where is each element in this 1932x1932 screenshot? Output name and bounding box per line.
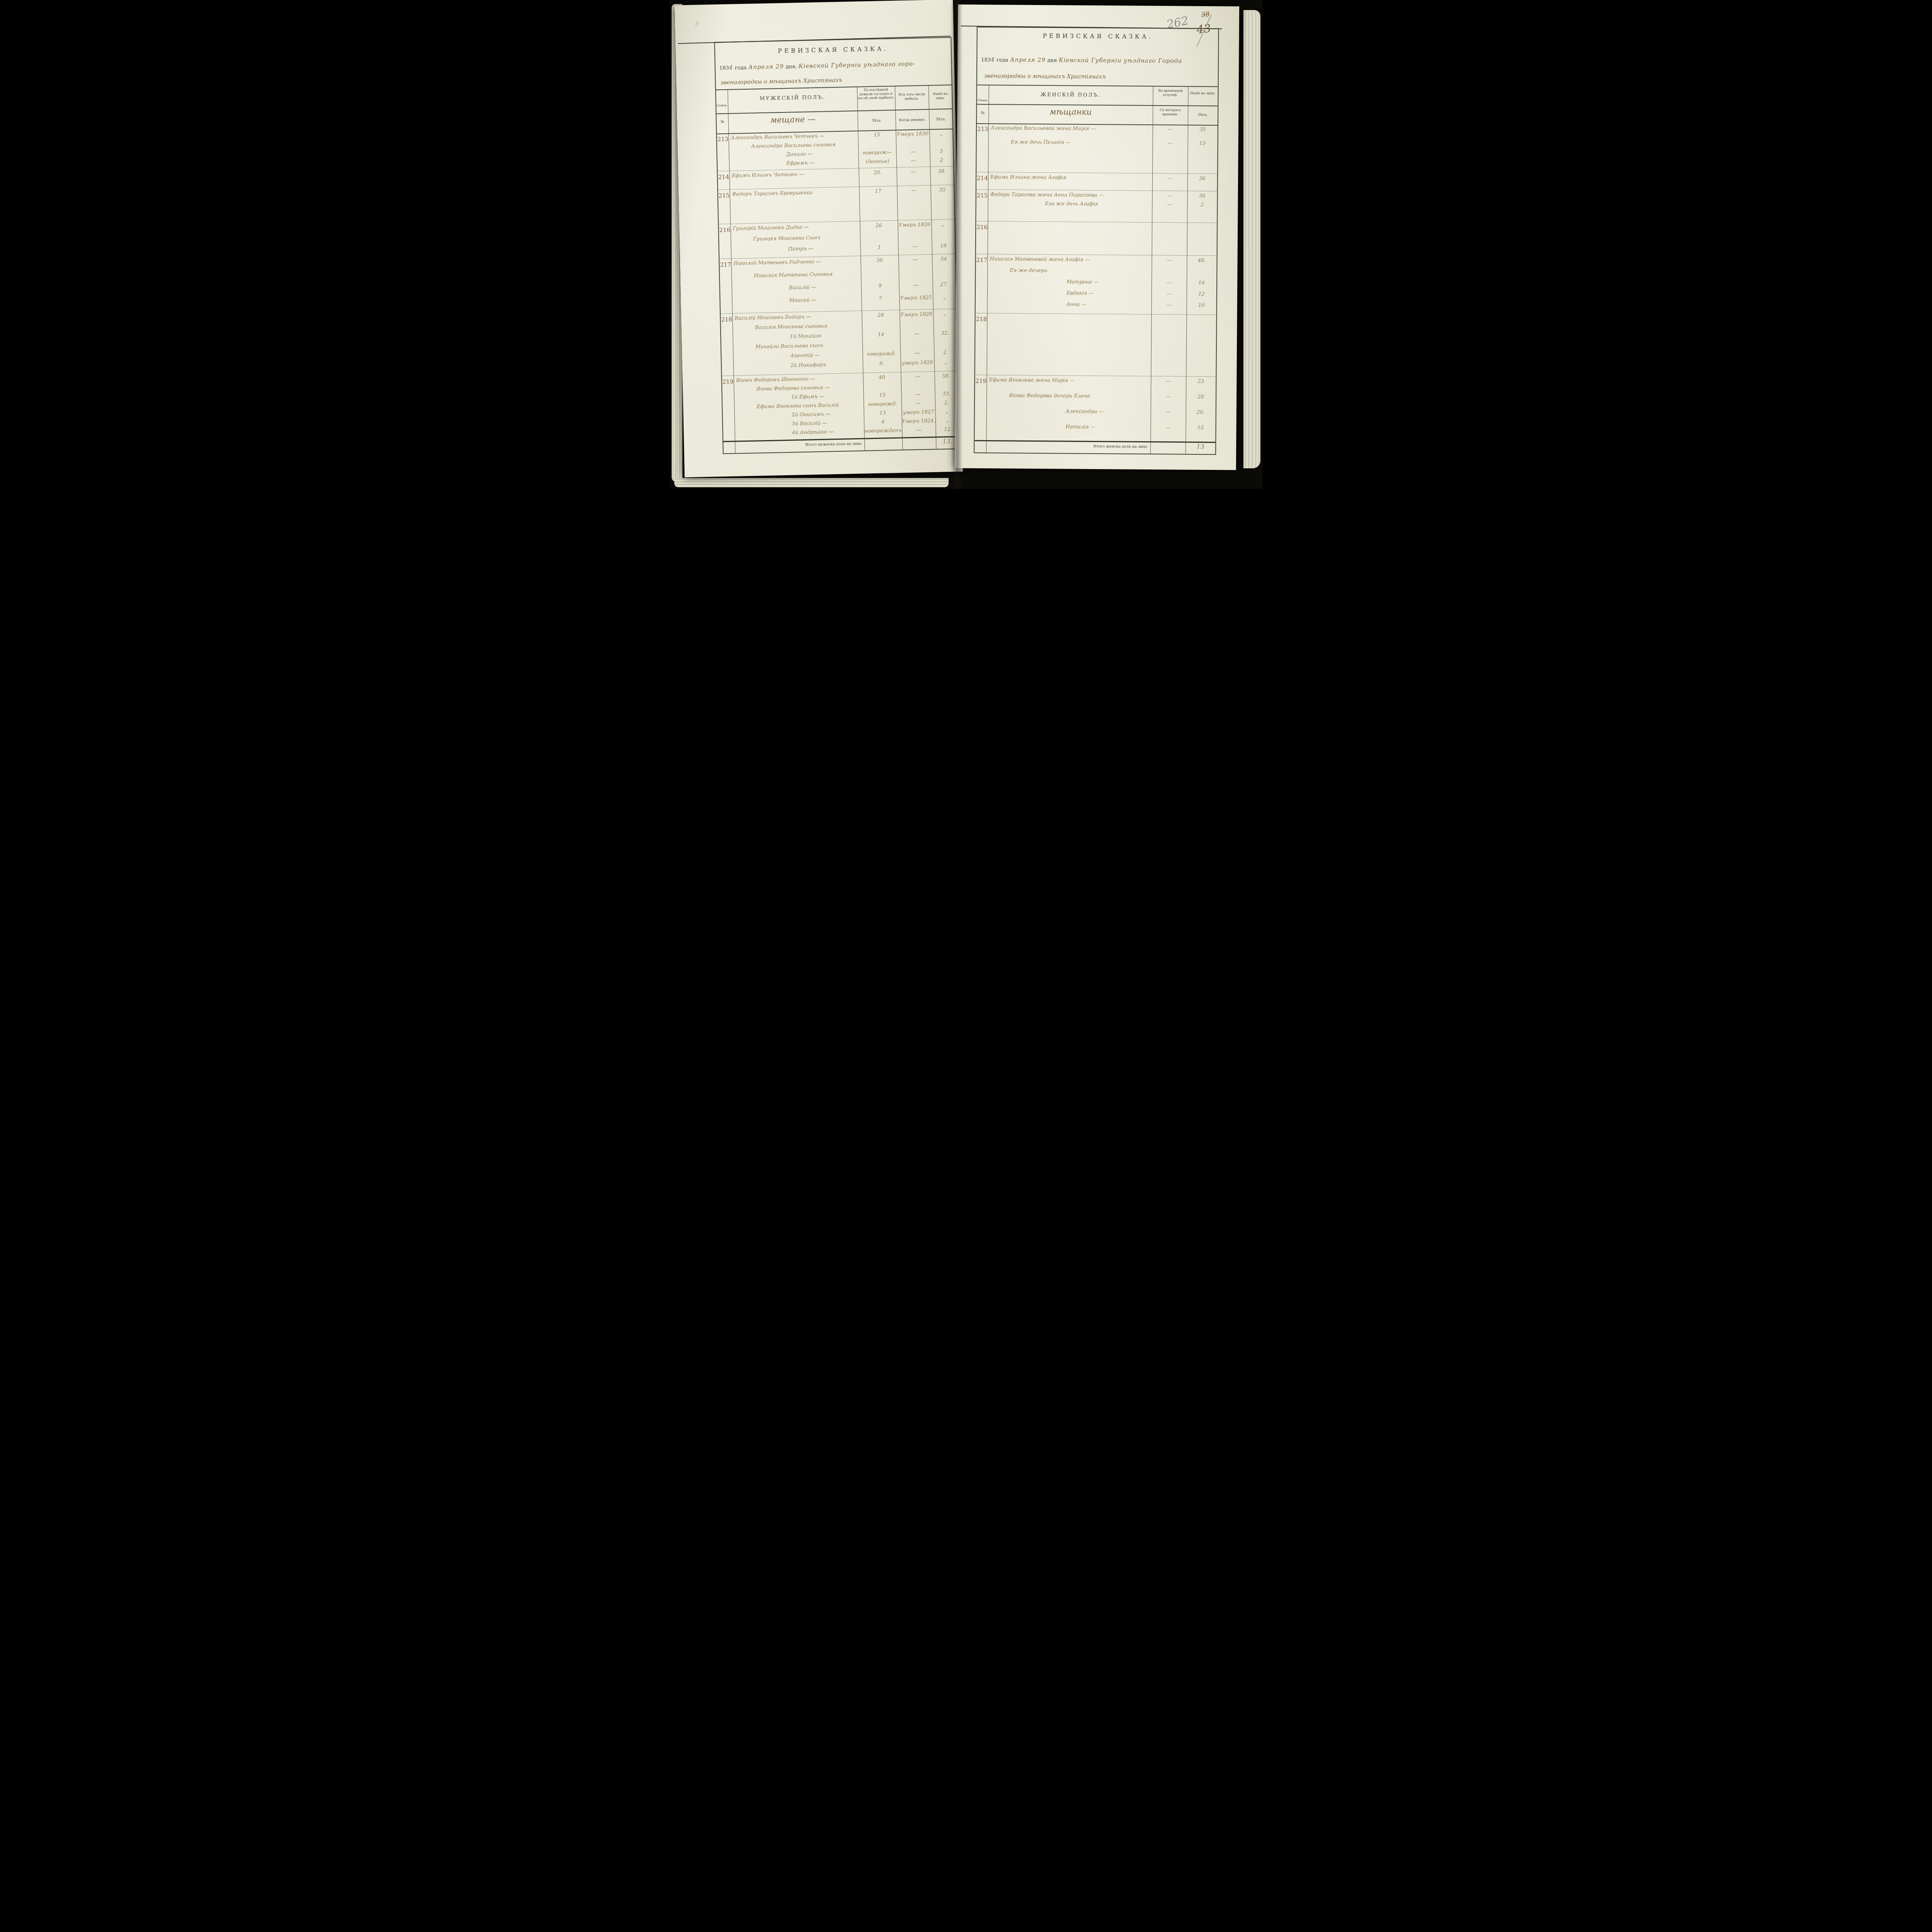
- absence-since: —: [1152, 202, 1187, 208]
- departed-when: —: [900, 331, 934, 337]
- absence-since: —: [1152, 126, 1187, 133]
- present-age: „: [934, 359, 957, 366]
- age-at-last-revision: 20.: [859, 170, 896, 176]
- age-at-last-revision: новорож—: [858, 150, 896, 156]
- person-name: Евдокія —: [987, 290, 1151, 297]
- total-label: Итого мужеска пола на лицо: [805, 442, 861, 447]
- age-at-last-revision: 28: [862, 312, 900, 319]
- age-at-last-revision: новорожденъ: [864, 428, 902, 434]
- date-line: 1834 года Апреля 29 дня Кіевской Губерні…: [981, 56, 1216, 65]
- page-title: РЕВИЗСКАЯ СКАЗКА.: [977, 32, 1218, 41]
- person-name: Его же дочь Агафія: [988, 201, 1152, 207]
- departed-when: —: [901, 391, 935, 398]
- family-block: 213 Александръ Васильевъ Четчевъ — 15 Ум…: [717, 129, 953, 171]
- right-page-female: 262 38 43 РЕВИЗСКАЯ СКАЗКА. 1834 года Ап…: [954, 4, 1239, 470]
- family-block: 218: [975, 313, 1216, 376]
- present-age: [1187, 269, 1216, 269]
- col-subheader-years: Лѣта.: [1188, 113, 1218, 118]
- departed-when: умеръ 1827: [901, 409, 935, 416]
- person-name: Александра —: [986, 408, 1150, 415]
- absence-since: —: [1150, 409, 1185, 415]
- printed-year-prefix: 183: [981, 57, 991, 63]
- present-age: 2: [930, 157, 953, 163]
- person-row: Евдокія — — 12: [987, 290, 1216, 303]
- family-number: 219: [975, 378, 987, 384]
- departed-when: Умеръ 1828: [900, 311, 933, 318]
- person-row: Якова Федорова дочери Елена — 28: [986, 393, 1215, 410]
- age-at-last-revision: 13: [864, 410, 901, 417]
- absence-since: —: [1152, 140, 1187, 146]
- person-row: Наталія — — 15: [986, 423, 1215, 440]
- person-name: Яковъ Федоровъ Шевченко —: [733, 375, 863, 384]
- present-age: „: [933, 311, 956, 317]
- present-age: [932, 269, 955, 269]
- present-age: „: [933, 294, 956, 301]
- departed-when: —: [902, 427, 935, 434]
- absence-since: —: [1152, 175, 1187, 182]
- person-name: Федоръ Тарасовъ Бровушенко: [730, 189, 859, 197]
- person-name: Наталія —: [986, 423, 1150, 430]
- person-name: Якова Федорова дочери Елена: [986, 393, 1151, 400]
- departed-when: умеръ 1828: [900, 360, 934, 366]
- person-name: Федора Тарасова жена Анна Параскева —: [988, 192, 1152, 199]
- present-age: [929, 139, 952, 140]
- person-name: Матрона —: [987, 279, 1151, 286]
- hand-month-day: Апреля 29: [748, 63, 784, 71]
- printed-year-prefix: 183: [719, 65, 729, 71]
- rule: [977, 85, 1218, 87]
- present-age: „: [931, 221, 954, 228]
- absence-since: —: [1151, 280, 1187, 286]
- present-age: 58.: [934, 373, 957, 379]
- departed-when: —: [898, 243, 932, 250]
- family-block: 215 Федора Тарасова жена Анна Параскева …: [976, 189, 1217, 223]
- present-age: 30: [1187, 193, 1217, 199]
- family-block: 219 Ефима Яковлева жена Марія — — 23: [975, 375, 1216, 443]
- col-header-present: Нынѣ на лицо.: [1188, 92, 1218, 96]
- absence-since: [1151, 269, 1187, 269]
- present-age: 35: [1187, 127, 1217, 133]
- col-header-female-sex: ЖЕНСКІЙ ПОЛЪ.: [988, 92, 1153, 99]
- departed-when: —: [898, 257, 932, 263]
- page-edge-stack-bottom: [674, 478, 949, 487]
- col-header-temporary-absence: Во временной отлучкѣ.: [1153, 89, 1188, 97]
- departed-when: Умеръ 1826: [898, 222, 931, 228]
- age-at-last-revision: новорожд.: [862, 351, 900, 357]
- family-block: 216: [976, 221, 1217, 255]
- left-page-male: 3 РЕВИЗСКАЯ СКАЗКА. 1834 года Апреля 29 …: [675, 0, 963, 477]
- col-header-last-revision: По послѣдней ревизіи состояло и послѣ он…: [857, 88, 895, 101]
- present-age: 48.: [1187, 258, 1216, 264]
- col-subheader-years: Лѣта.: [857, 119, 895, 124]
- person-row: Ефима Яковлева жена Марія — — 23: [986, 375, 1216, 394]
- date-line: 1834 года Апреля 29 дня, Кіевской Губерн…: [719, 60, 949, 71]
- present-age: 10: [1186, 303, 1216, 309]
- col-subheader-number: №: [977, 111, 988, 116]
- present-age: 20.: [1185, 410, 1215, 416]
- pencil-mark-left: 3: [695, 21, 699, 27]
- age-at-last-revision: 14: [862, 332, 900, 338]
- present-age: 19: [932, 243, 955, 249]
- person-row: Анна — — 10: [987, 301, 1216, 314]
- age-at-last-revision: 9.: [862, 361, 900, 367]
- person-name: Александра Васильевой жена Марія —: [988, 125, 1152, 132]
- person-name: Александръ Васильевъ Четчевъ —: [728, 133, 858, 141]
- departed-when: —: [897, 187, 930, 194]
- family-number: 218: [976, 316, 987, 323]
- person-row: Александра Васильевой жена Марія — — 35: [988, 123, 1217, 141]
- crossed-old-number: 38: [1201, 10, 1210, 19]
- person-row: Александра — — 20.: [986, 408, 1215, 425]
- family-number: 214: [718, 173, 730, 181]
- age-at-last-revision: 7: [861, 296, 899, 302]
- estate-handwritten: мещане —: [728, 113, 857, 126]
- page-title: РЕВИЗСКАЯ СКАЗКА.: [715, 44, 951, 56]
- departed-when: Умеръ 1824.: [901, 418, 935, 425]
- table-footer: Итого женска пола на лицо 13: [975, 440, 1215, 454]
- person-name: Николая Матвѣевой жена Агафія —: [987, 256, 1151, 263]
- family-block: 217 Николай Матвѣевъ Радченко — 36 — 54: [719, 254, 956, 314]
- age-at-last-revision: 26: [860, 223, 898, 229]
- person-row: Ея же дочери: [987, 267, 1216, 280]
- person-row: Федора Тарасова жена Анна Параскева — — …: [988, 190, 1217, 202]
- col-subheader-years: Лѣта.: [929, 117, 952, 122]
- hand-place: Кіевской Губерніи уѣзднаго горо-: [798, 60, 915, 70]
- printed-dnya: дня: [1047, 58, 1057, 63]
- age-at-last-revision: (денные): [858, 158, 896, 165]
- absence-since: —: [1150, 425, 1185, 431]
- present-age: 5: [930, 148, 953, 155]
- person-name: Николай Матвѣевъ Радченко —: [731, 258, 861, 267]
- rule: [716, 85, 951, 90]
- right-table-frame: РЕВИЗСКАЯ СКАЗКА. 1834 года Апреля 29 дн…: [974, 27, 1219, 455]
- person-name: Ефима Ильина жена Агафія: [988, 174, 1152, 181]
- family-number: 216: [976, 224, 988, 231]
- family-block: 215 Федоръ Тарасовъ Бровушенко 17 — 35: [718, 185, 954, 224]
- absence-since: —: [1151, 394, 1186, 400]
- departed-when: —: [900, 350, 934, 357]
- departed-when: —: [901, 374, 934, 380]
- date-line-2: звенигородкы о мѣщанахъ Христіянахъ: [719, 75, 949, 86]
- present-age: 28: [1186, 394, 1216, 400]
- family-block: 219 Яковъ Федоровъ Шевченко — 40 — 58.: [722, 371, 959, 444]
- book-scan: 3 РЕВИЗСКАЯ СКАЗКА. 1834 года Апреля 29 …: [670, 0, 1263, 489]
- family-number: 213: [717, 136, 729, 143]
- present-age: 2.: [934, 350, 957, 356]
- table-body: 213 Александра Васильевой жена Марія — —…: [975, 123, 1218, 442]
- person-row: Ефима Ильина жена Агафія — 36: [988, 172, 1217, 185]
- printed-dnya: дня,: [785, 64, 796, 70]
- absence-since: —: [1151, 302, 1186, 308]
- printed-goda: года: [997, 57, 1009, 63]
- present-age: [934, 382, 957, 383]
- person-row: Матрона — — 16: [987, 279, 1216, 291]
- present-age: 16: [1187, 280, 1216, 286]
- present-age: 36: [1187, 176, 1217, 182]
- present-age: 2: [1187, 202, 1217, 208]
- family-block: 216 Григорій Моисеевъ Дидко — 26 Умеръ 1…: [719, 219, 955, 259]
- date-line-2: звенигородкы о мѣщанахъ Христіянахъ: [981, 73, 1215, 81]
- col-subheader-since-when: Съ котораго времени.: [1153, 108, 1188, 117]
- family-block: 217 Николая Матвѣевой жена Агафія — — 48…: [975, 254, 1216, 315]
- present-age: [931, 232, 954, 233]
- present-age: 12: [1186, 291, 1216, 298]
- family-block: 214 Ефима Ильина жена Агафія — 36: [976, 172, 1217, 191]
- col-subheader-number: №: [716, 120, 728, 125]
- total-value: 13: [1185, 443, 1215, 451]
- age-at-last-revision: 4: [864, 419, 901, 425]
- rule: [716, 109, 952, 114]
- present-age: 15: [1185, 425, 1215, 431]
- age-at-last-revision: 15: [863, 392, 901, 399]
- present-age: 27.: [932, 282, 956, 288]
- col-header-male-sex: МУЖЕСКІЙ ПОЛЪ.: [728, 94, 857, 103]
- absence-since: —: [1151, 291, 1186, 297]
- family-number: 217: [976, 257, 988, 264]
- estate-handwritten: мѣщанки: [988, 106, 1153, 117]
- left-table-frame: РЕВИЗСКАЯ СКАЗКА. 1834 года Апреля 29 дн…: [714, 37, 960, 454]
- present-age: 35: [930, 187, 954, 193]
- age-at-last-revision: 15: [858, 132, 896, 138]
- person-name: Ея же дочь Пелагія —: [988, 139, 1152, 146]
- present-age: 38.: [930, 168, 953, 175]
- departed-when: —: [896, 149, 930, 155]
- rule: [977, 104, 1218, 106]
- present-age: 15: [1187, 141, 1217, 147]
- person-row: Ея же дочь Пелагія — — 15: [988, 139, 1217, 155]
- col-header-departed: Изъ того числа выбыло.: [895, 92, 929, 101]
- col-header-present: Нынѣ на лицо.: [929, 92, 952, 101]
- departed-when: Умеръ 1825: [899, 295, 933, 301]
- col-header-family: Семьи.: [716, 104, 728, 107]
- hand-year: 4: [990, 56, 995, 63]
- family-block: 213 Александра Васильевой жена Марія — —…: [976, 123, 1218, 173]
- family-number: 214: [976, 175, 988, 182]
- person-name: Анна —: [987, 301, 1151, 308]
- age-at-last-revision: новорожд.: [863, 401, 901, 408]
- family-number: 217: [720, 261, 731, 269]
- departed-when: —: [901, 400, 935, 407]
- age-at-last-revision: 1: [860, 244, 898, 251]
- hand-place: Кіевской Губерніи уѣзднаго Города: [1059, 56, 1182, 64]
- family-number: 215: [718, 192, 730, 199]
- col-header-family: Семьи.: [977, 99, 988, 102]
- present-age: 54: [932, 256, 955, 262]
- col-subheader-when: Когда именно.: [895, 118, 929, 123]
- total-label: Итого женска пола на лицо: [1093, 444, 1147, 449]
- person-name: Ефимъ Ильинъ Четковъ —: [729, 170, 859, 179]
- person-name: Василій Моисеевъ Бодаръ —: [732, 313, 862, 321]
- absence-since: —: [1152, 193, 1187, 199]
- family-number: 219: [722, 378, 734, 386]
- departed-when: Умеръ 1830: [896, 131, 929, 138]
- person-row: Николая Матвѣевой жена Агафія — — 48.: [987, 254, 1216, 269]
- age-at-last-revision: 40: [863, 374, 901, 381]
- present-age: 32.: [934, 330, 957, 337]
- person-row: Его же дочь Агафія — 2: [988, 201, 1217, 211]
- departed-when: —: [896, 169, 930, 175]
- person-name: Ея же дочери: [987, 267, 1151, 274]
- age-at-last-revision: 9: [861, 283, 899, 289]
- present-age: 33.: [935, 391, 958, 397]
- hand-month-day: Апреля 29: [1010, 56, 1046, 63]
- person-name: Ефима Яковлева жена Марія —: [986, 377, 1151, 384]
- present-age: 2.: [935, 400, 958, 406]
- printed-goda: года: [735, 65, 747, 71]
- absence-since: —: [1151, 378, 1186, 384]
- present-age: „: [929, 131, 952, 137]
- family-block: 218 Василій Моисеевъ Бодаръ — 28 Умеръ 1…: [721, 309, 957, 376]
- departed-when: —: [896, 158, 930, 164]
- present-age: [934, 340, 957, 340]
- person-name: Григорій Моисеевъ Дидко —: [730, 223, 860, 232]
- age-at-last-revision: 17: [859, 188, 897, 195]
- table-body: 213 Александръ Васильевъ Четчевъ — 15 Ум…: [717, 129, 959, 441]
- family-number: 215: [976, 192, 988, 199]
- family-number: 216: [719, 226, 731, 234]
- hand-year: 4: [729, 64, 733, 71]
- family-number: 218: [721, 316, 733, 323]
- age-at-last-revision: 36: [861, 257, 898, 264]
- departed-when: —: [899, 282, 932, 289]
- family-number: 213: [977, 126, 988, 133]
- present-age: [933, 321, 956, 321]
- absence-since: —: [1151, 257, 1187, 264]
- present-age: 23: [1186, 379, 1216, 385]
- page-edge-stack-right: [1243, 10, 1260, 468]
